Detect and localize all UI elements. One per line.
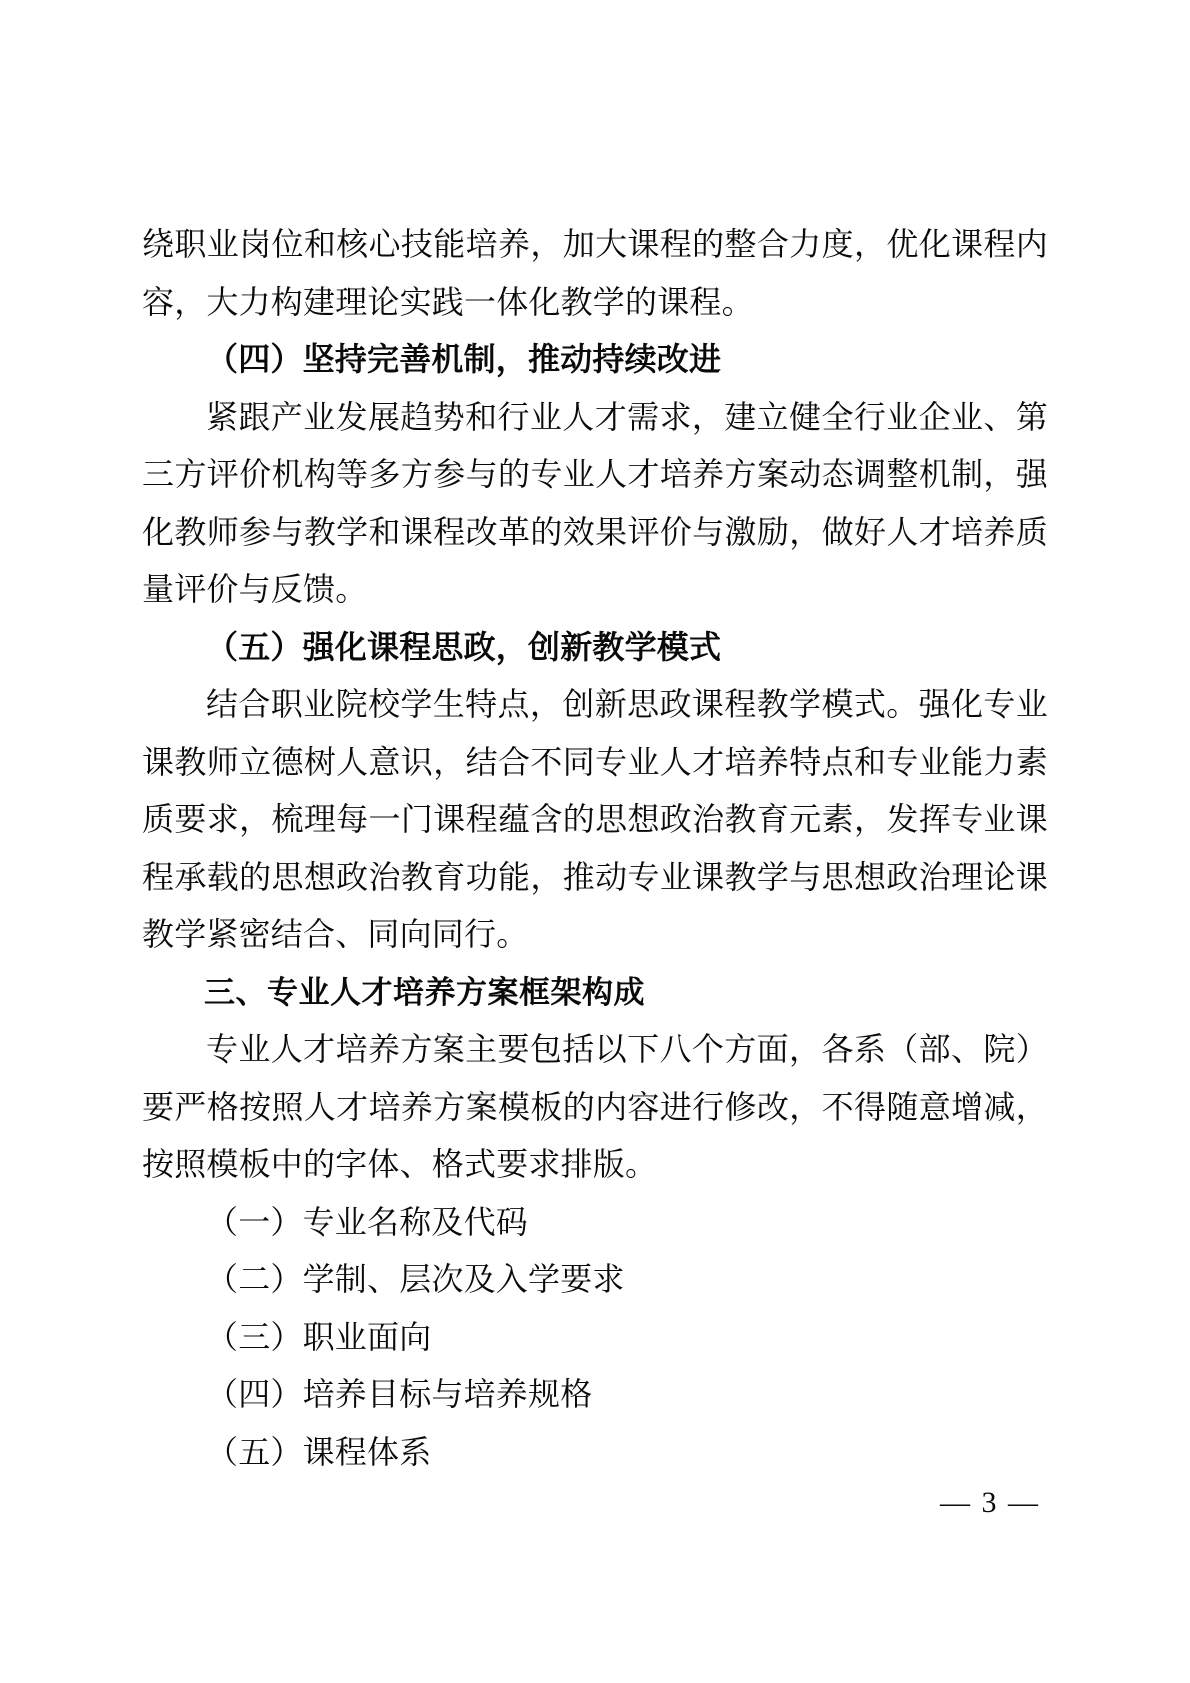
list-item-5: （五）课程体系: [142, 1424, 1048, 1482]
paragraph: 结合职业院校学生特点，创新思政课程教学模式。强化专业课教师立德树人意识，结合不同…: [142, 676, 1048, 964]
document-page: 绕职业岗位和核心技能培养，加大课程的整合力度，优化课程内容，大力构建理论实践一体…: [0, 0, 1190, 1683]
list-item-2: （二）学制、层次及入学要求: [142, 1251, 1048, 1309]
list-item-4: （四）培养目标与培养规格: [142, 1366, 1048, 1424]
list-item-1: （一）专业名称及代码: [142, 1194, 1048, 1252]
list-item-3: （三）职业面向: [142, 1309, 1048, 1367]
subheading-section-5: （五）强化课程思政，创新教学模式: [142, 619, 1048, 677]
paragraph: 专业人才培养方案主要包括以下八个方面，各系（部、院）要严格按照人才培养方案模板的…: [142, 1021, 1048, 1194]
page-number: — 3 —: [940, 1487, 1040, 1519]
paragraph-continued: 绕职业岗位和核心技能培养，加大课程的整合力度，优化课程内容，大力构建理论实践一体…: [142, 216, 1048, 331]
chapter-heading: 三、专业人才培养方案框架构成: [142, 964, 1048, 1022]
document-body: 绕职业岗位和核心技能培养，加大课程的整合力度，优化课程内容，大力构建理论实践一体…: [142, 216, 1048, 1481]
subheading-section-4: （四）坚持完善机制，推动持续改进: [142, 331, 1048, 389]
paragraph: 紧跟产业发展趋势和行业人才需求，建立健全行业企业、第三方评价机构等多方参与的专业…: [142, 389, 1048, 619]
